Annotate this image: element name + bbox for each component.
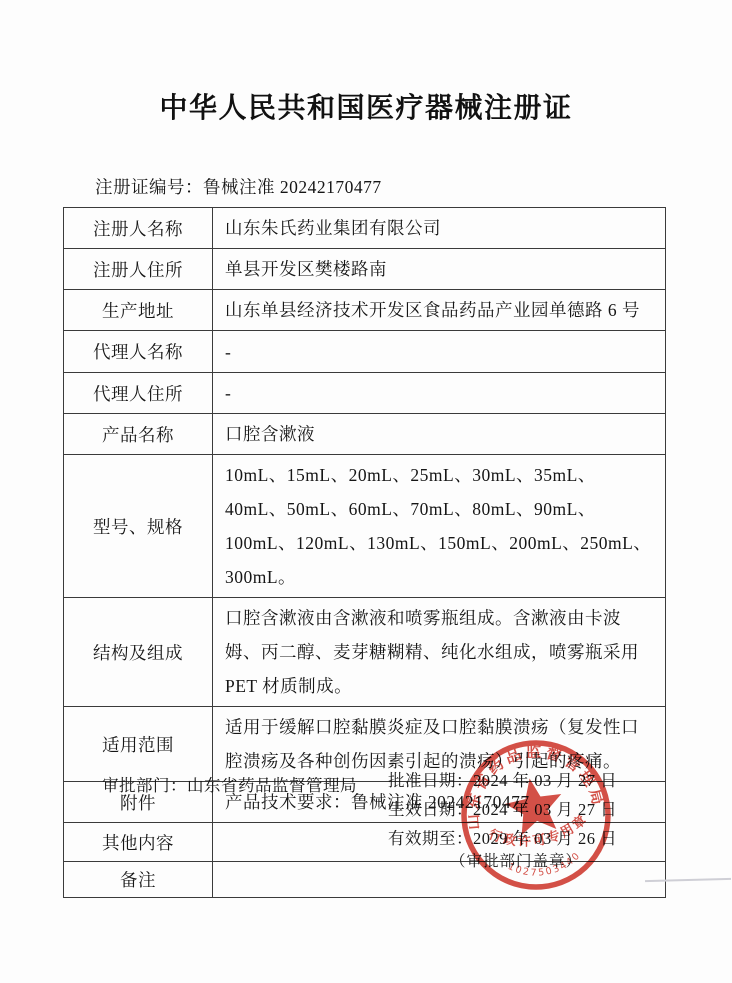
table-row: 型号、规格 10mL、15mL、20mL、25mL、30mL、35mL、40mL… — [64, 455, 666, 598]
cert-number-line: 注册证编号：鲁械注准 20242170477 — [95, 174, 382, 199]
row-label: 型号、规格 — [64, 455, 213, 598]
table-row: 代理人住所 - — [64, 373, 666, 414]
effective-date: 生效日期：2024 年 03 月 27 日 — [388, 795, 617, 824]
table-row: 注册人名称 山东朱氏药业集团有限公司 — [64, 208, 666, 249]
row-label: 代理人住所 — [64, 373, 213, 414]
row-value: - — [213, 331, 666, 373]
row-value: 山东朱氏药业集团有限公司 — [213, 208, 666, 249]
row-value — [213, 862, 666, 898]
row-value: 10mL、15mL、20mL、25mL、30mL、35mL、40mL、50mL、… — [213, 455, 666, 598]
table-row: 注册人住所 单县开发区樊楼路南 — [64, 249, 666, 290]
row-label: 代理人名称 — [64, 331, 213, 373]
row-label: 备注 — [64, 862, 213, 898]
row-label: 注册人住所 — [64, 249, 213, 290]
seal-note: （审批部门盖章） — [450, 849, 582, 871]
row-label: 其他内容 — [64, 823, 213, 862]
row-label: 生产地址 — [64, 290, 213, 331]
page-title: 中华人民共和国医疗器械注册证 — [0, 86, 732, 126]
row-value: 口腔含漱液由含漱液和喷雾瓶组成。含漱液由卡波姆、丙二醇、麦芽糖糊精、纯化水组成，… — [213, 598, 666, 707]
approval-department: 审批部门：山东省药品监督管理局 — [102, 772, 357, 796]
row-value: - — [213, 373, 666, 414]
row-label: 注册人名称 — [64, 208, 213, 249]
row-value: 口腔含漱液 — [213, 414, 666, 455]
approval-date: 批准日期：2024 年 03 月 27 日 — [388, 766, 617, 795]
row-value: 山东单县经济技术开发区食品药品产业园单德路 6 号 — [213, 290, 666, 331]
table-row: 代理人名称 - — [64, 331, 666, 373]
dates-block: 批准日期：2024 年 03 月 27 日 生效日期：2024 年 03 月 2… — [388, 766, 617, 853]
table-row: 生产地址 山东单县经济技术开发区食品药品产业园单德路 6 号 — [64, 290, 666, 331]
row-label: 适用范围 — [64, 707, 213, 782]
table-row: 产品名称 口腔含漱液 — [64, 414, 666, 455]
row-label: 结构及组成 — [64, 598, 213, 707]
table-row: 结构及组成 口腔含漱液由含漱液和喷雾瓶组成。含漱液由卡波姆、丙二醇、麦芽糖糊精、… — [64, 598, 666, 707]
row-value: 单县开发区樊楼路南 — [213, 249, 666, 290]
row-label: 产品名称 — [64, 414, 213, 455]
certificate-page: { "page": { "title": "中华人民共和国医疗器械注册证", "… — [0, 0, 732, 983]
